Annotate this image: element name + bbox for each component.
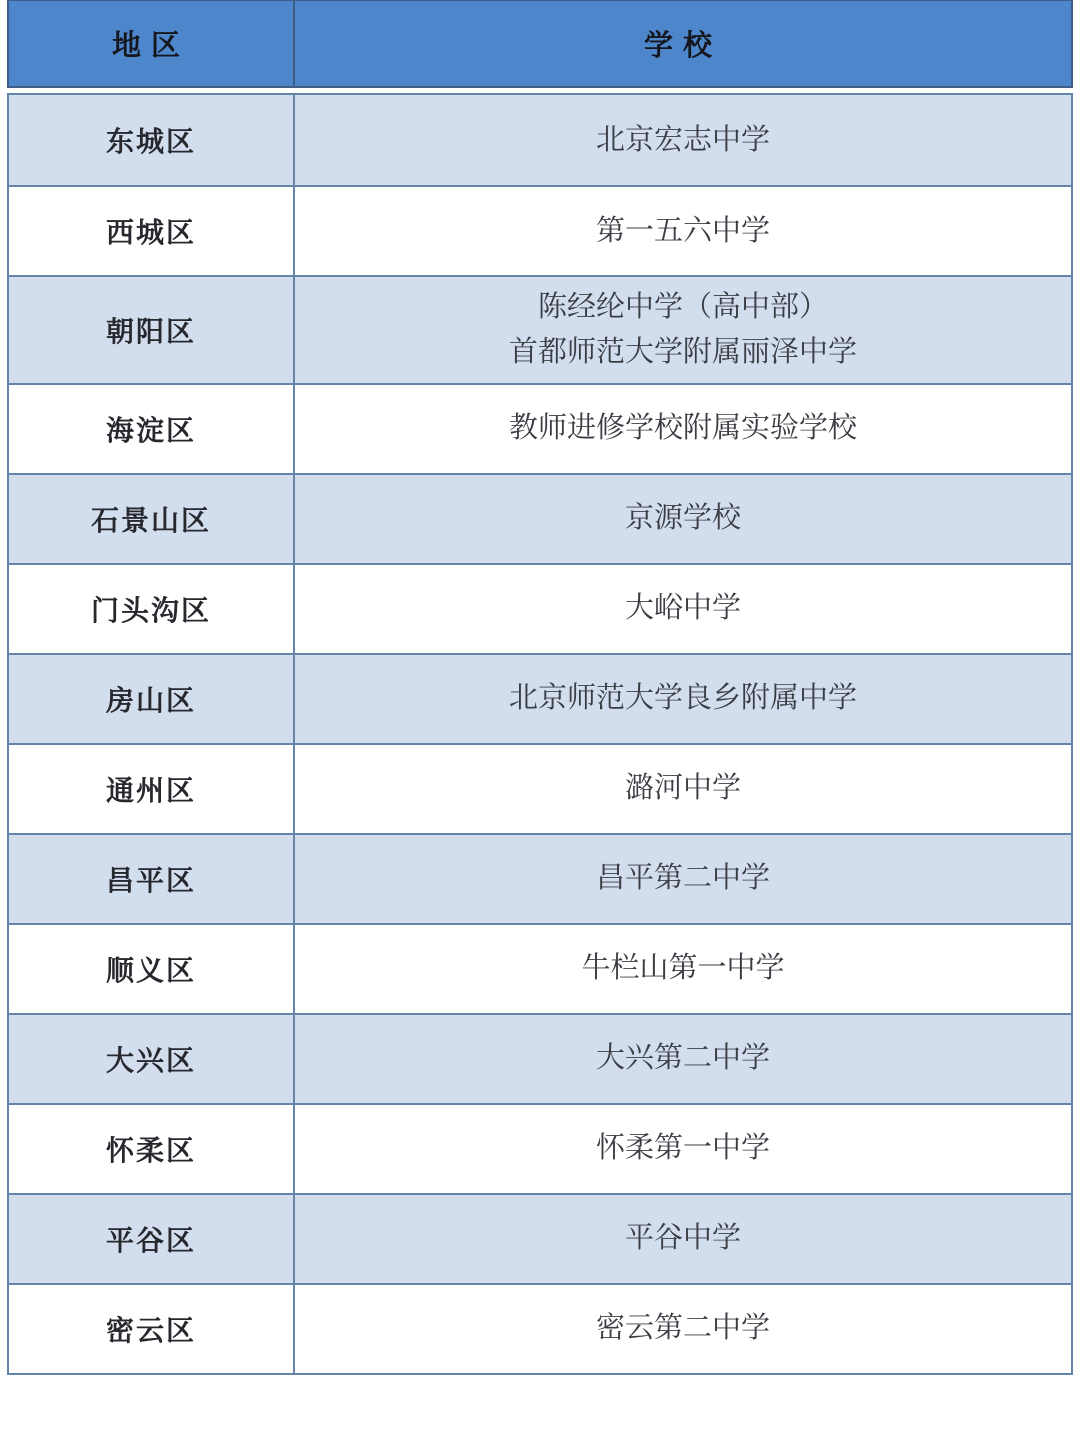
table-row: 房山区 北京师范大学良乡附属中学 [9,653,1071,743]
district-cell: 顺义区 [9,925,295,1013]
school-name: 密云第二中学 [596,1306,770,1351]
school-cell: 平谷中学 [295,1195,1071,1283]
school-cell: 北京师范大学良乡附属中学 [295,655,1071,743]
district-cell: 密云区 [9,1285,295,1373]
school-cell: 陈经纶中学（高中部）首都师范大学附属丽泽中学 [295,277,1071,383]
school-name: 第一五六中学 [596,209,770,254]
school-name: 大峪中学 [625,586,741,631]
table-row: 门头沟区 大峪中学 [9,563,1071,653]
school-cell: 大峪中学 [295,565,1071,653]
column-header-school: 学校 [295,1,1071,86]
table-row: 怀柔区 怀柔第一中学 [9,1103,1071,1193]
district-cell: 海淀区 [9,385,295,473]
district-cell: 通州区 [9,745,295,833]
district-cell: 石景山区 [9,475,295,563]
school-cell: 牛栏山第一中学 [295,925,1071,1013]
school-name: 陈经纶中学（高中部） [538,285,828,330]
district-cell: 昌平区 [9,835,295,923]
table-row: 大兴区 大兴第二中学 [9,1013,1071,1103]
school-cell: 大兴第二中学 [295,1015,1071,1103]
table-row: 东城区 北京宏志中学 [9,95,1071,185]
school-name: 北京师范大学良乡附属中学 [509,676,857,721]
school-cell: 怀柔第一中学 [295,1105,1071,1193]
school-cell: 北京宏志中学 [295,95,1071,185]
school-cell: 教师进修学校附属实验学校 [295,385,1071,473]
school-name: 平谷中学 [625,1216,741,1261]
school-cell: 密云第二中学 [295,1285,1071,1373]
table-row: 西城区 第一五六中学 [9,185,1071,275]
school-name: 京源学校 [625,496,741,541]
table-row: 海淀区 教师进修学校附属实验学校 [9,383,1071,473]
district-cell: 朝阳区 [9,277,295,383]
table-row: 昌平区 昌平第二中学 [9,833,1071,923]
table-body: 东城区 北京宏志中学 西城区 第一五六中学 朝阳区 陈经纶中学（高中部）首都师范… [7,93,1073,1375]
table-row: 石景山区 京源学校 [9,473,1071,563]
column-header-district: 地区 [9,1,295,86]
table-row: 平谷区 平谷中学 [9,1193,1071,1283]
school-name: 牛栏山第一中学 [581,946,784,991]
table-header-row: 地区 学校 [7,0,1073,88]
table-row: 密云区 密云第二中学 [9,1283,1071,1373]
table-row: 顺义区 牛栏山第一中学 [9,923,1071,1013]
table-row: 朝阳区 陈经纶中学（高中部）首都师范大学附属丽泽中学 [9,275,1071,383]
table-row: 通州区 潞河中学 [9,743,1071,833]
school-cell: 第一五六中学 [295,187,1071,275]
school-cell: 潞河中学 [295,745,1071,833]
district-cell: 门头沟区 [9,565,295,653]
district-cell: 大兴区 [9,1015,295,1103]
school-name: 首都师范大学附属丽泽中学 [509,330,857,375]
district-cell: 东城区 [9,95,295,185]
school-cell: 京源学校 [295,475,1071,563]
school-cell: 昌平第二中学 [295,835,1071,923]
district-cell: 平谷区 [9,1195,295,1283]
school-name: 潞河中学 [625,766,741,811]
school-name: 怀柔第一中学 [596,1126,770,1171]
school-name: 大兴第二中学 [596,1036,770,1081]
school-name: 教师进修学校附属实验学校 [509,406,857,451]
district-cell: 房山区 [9,655,295,743]
page: 地区 学校 东城区 北京宏志中学 西城区 第一五六中学 朝阳区 陈经纶中学（高中… [0,0,1080,1443]
district-cell: 西城区 [9,187,295,275]
district-cell: 怀柔区 [9,1105,295,1193]
district-schools-table: 地区 学校 东城区 北京宏志中学 西城区 第一五六中学 朝阳区 陈经纶中学（高中… [7,0,1073,1375]
school-name: 北京宏志中学 [596,118,770,163]
school-name: 昌平第二中学 [596,856,770,901]
